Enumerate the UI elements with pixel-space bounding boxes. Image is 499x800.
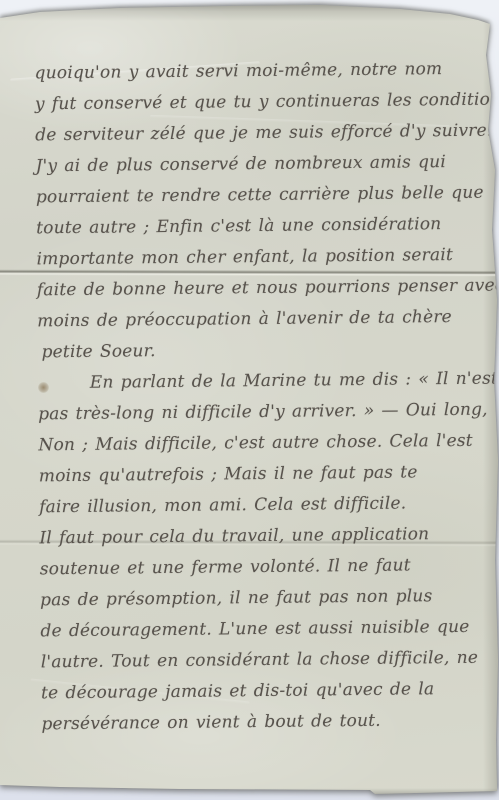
letter-line: pas de présomption, il ne faut pas non p…	[40, 581, 488, 617]
letter-line: pas très-long ni difficile d'y arriver. …	[38, 395, 486, 431]
paper-top-edge	[0, 0, 499, 28]
letter-line: l'autre. Tout en considérant la chose di…	[41, 643, 489, 679]
paper-bottom-edge	[0, 786, 499, 800]
letter-line-paragraph-start: En parlant de la Marine tu me dis : « Il…	[38, 364, 486, 400]
paper-sheet: quoiqu'on y avait servi moi-même, notre …	[0, 0, 499, 800]
letter-line: toute autre ; Enfin c'est là une considé…	[36, 209, 484, 245]
letter-line: Il faut pour cela du travail, une applic…	[39, 519, 487, 555]
letter-line: y fut conservé et que tu y continueras l…	[35, 85, 483, 121]
letter-line: faite de bonne heure et nous pourrions p…	[37, 271, 485, 307]
letter-line: moins qu'autrefois ; Mais il ne faut pas…	[39, 457, 487, 493]
letter-photo: quoiqu'on y avait servi moi-même, notre …	[0, 0, 499, 800]
letter-line: J'y ai de plus conservé de nombreux amis…	[35, 147, 483, 183]
paper-wrapper: quoiqu'on y avait servi moi-même, notre …	[0, 0, 499, 800]
letter-line: importante mon cher enfant, la position …	[36, 240, 484, 276]
letter-line: soutenue et une ferme volonté. Il ne fau…	[40, 550, 488, 586]
letter-line: petite Soeur.	[37, 333, 485, 369]
letter-line: faire illusion, mon ami. Cela est diffic…	[39, 488, 487, 524]
letter-line: Non ; Mais difficile, c'est autre chose.…	[38, 426, 486, 462]
letter-line: persévérance on vient à bout de tout.	[41, 705, 489, 741]
letter-line: quoiqu'on y avait servi moi-même, notre …	[34, 54, 482, 90]
letter-line: de découragement. L'une est aussi nuisib…	[40, 612, 488, 648]
letter-line: moins de préoccupation à l'avenir de ta …	[37, 302, 485, 338]
letter-line: de serviteur zélé que je me suis efforcé…	[35, 116, 483, 152]
letter-line: pourraient te rendre cette carrière plus…	[36, 178, 484, 214]
letter-text: quoiqu'on y avait servi moi-même, notre …	[34, 54, 489, 741]
letter-line: te décourage jamais et dis-toi qu'avec d…	[41, 674, 489, 710]
